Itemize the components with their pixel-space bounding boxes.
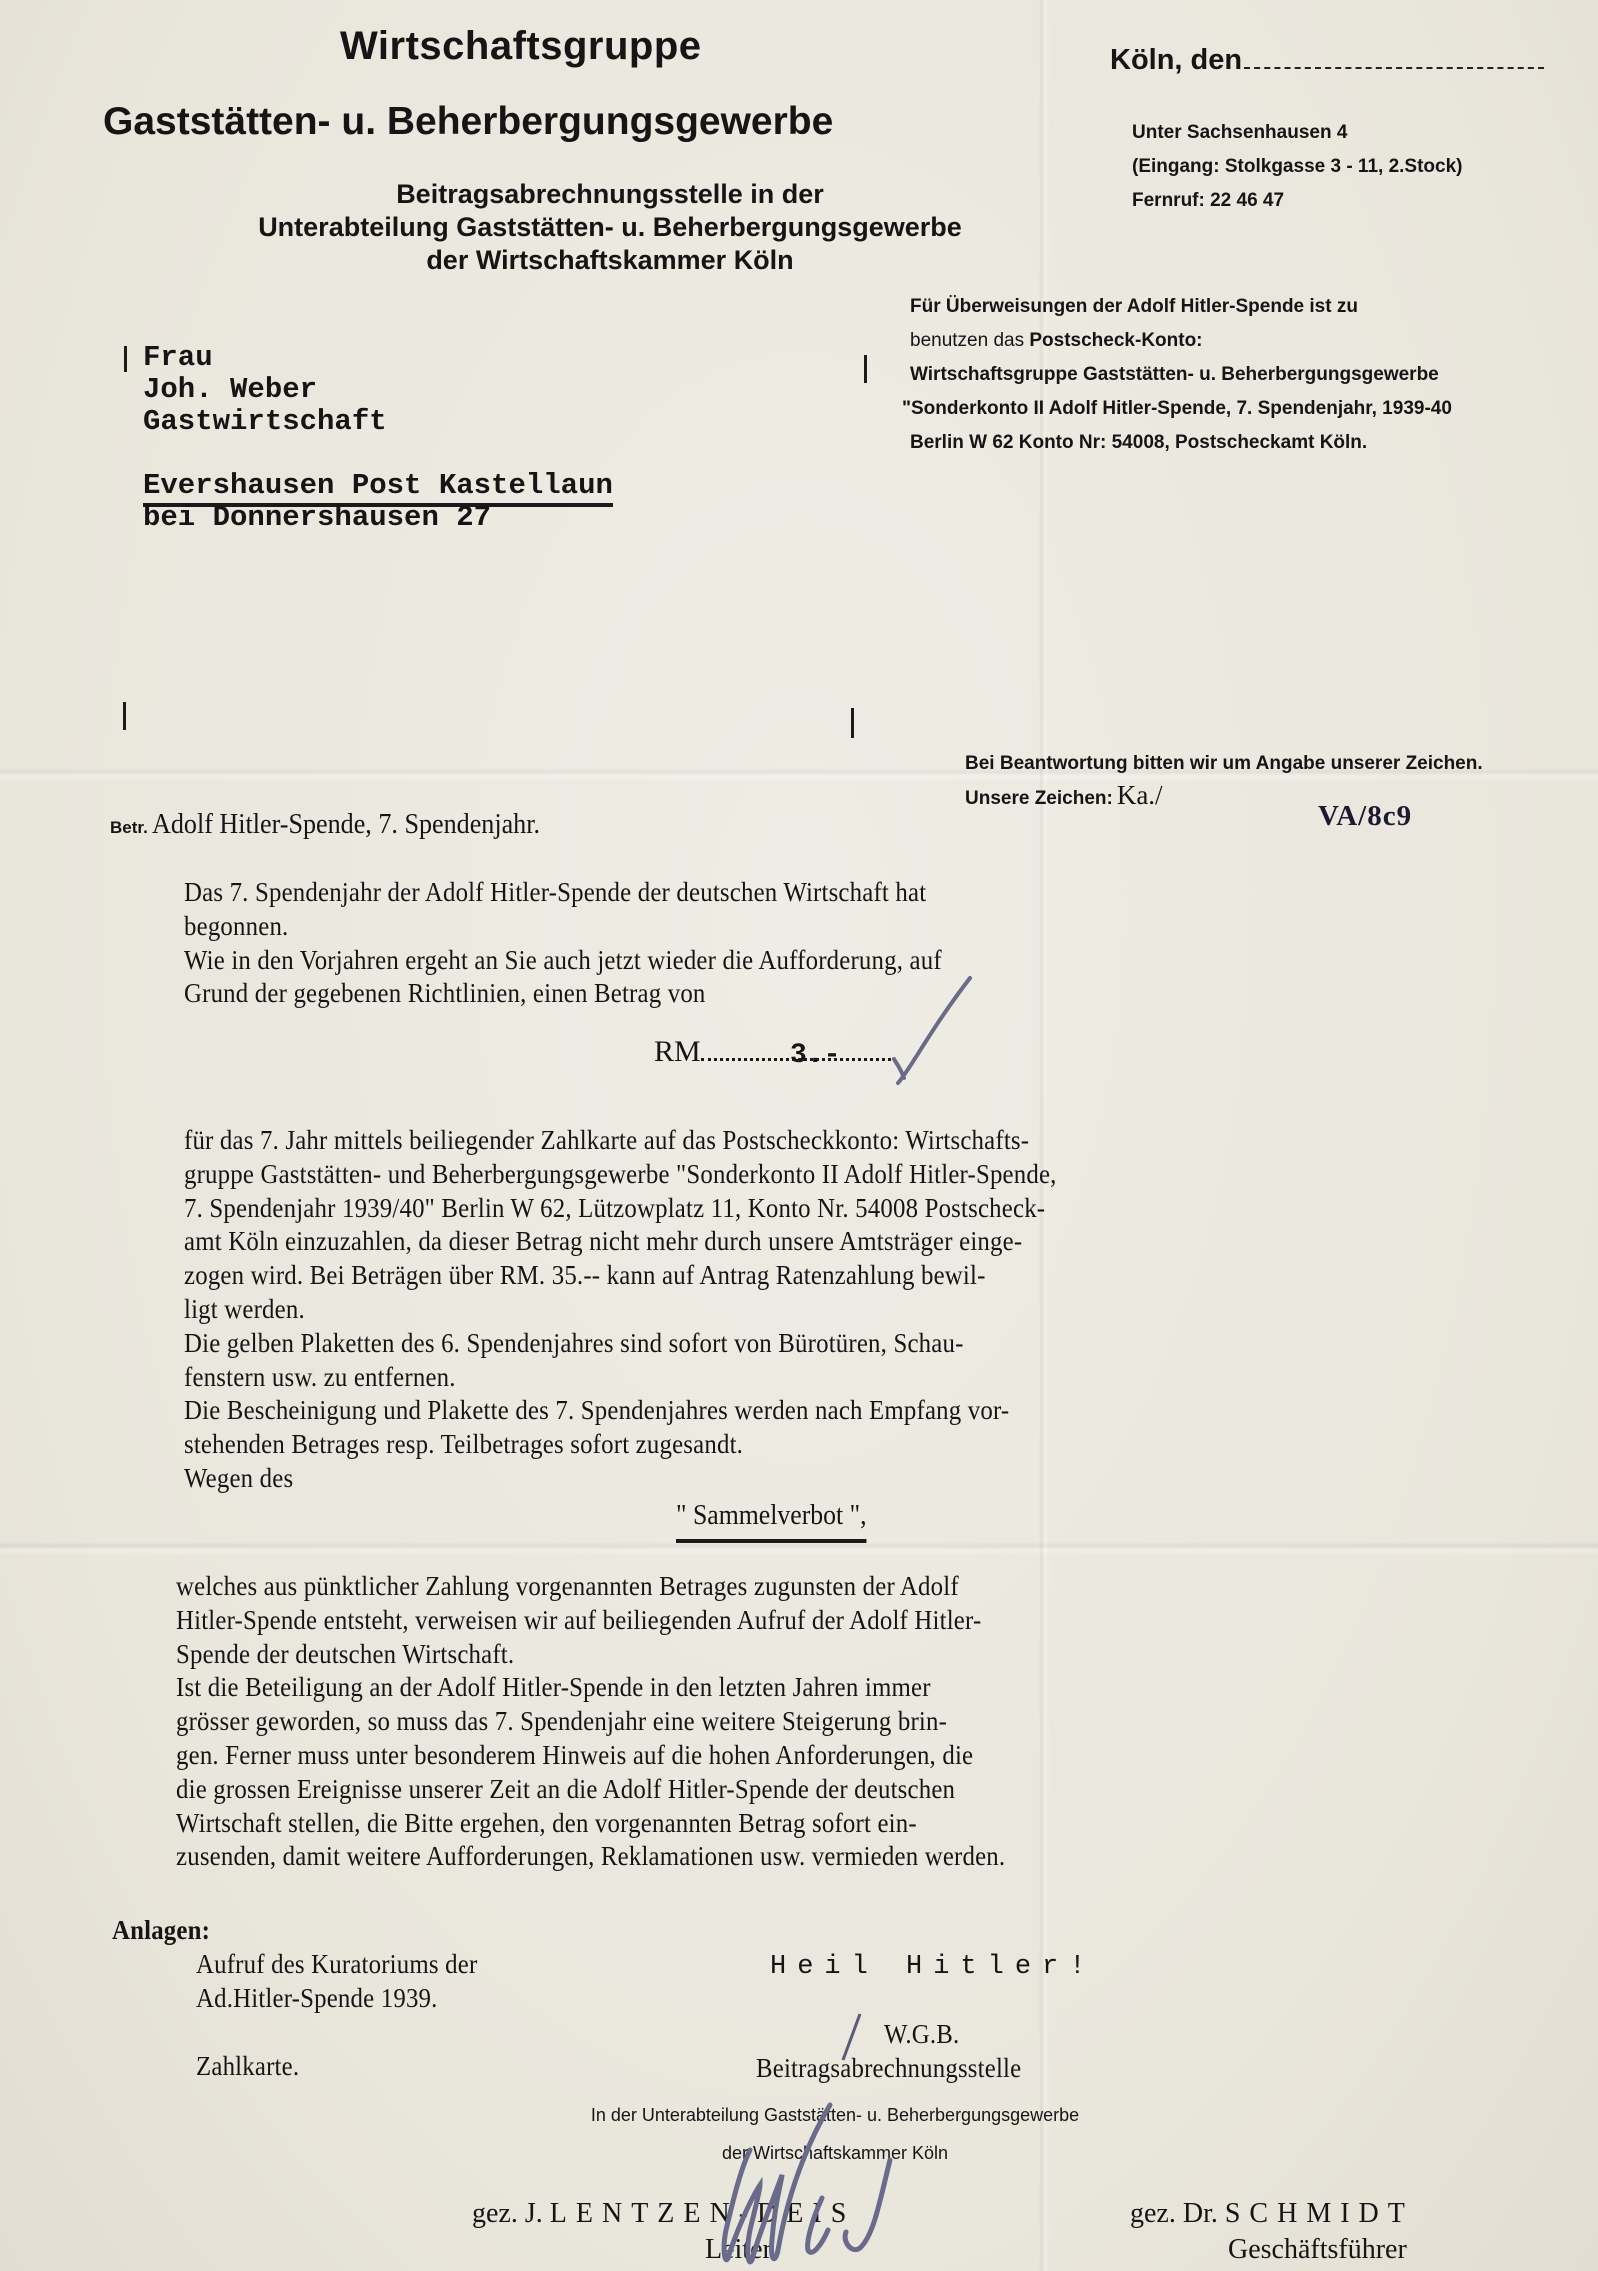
signer-1-prefix: gez. J. bbox=[472, 2198, 543, 2229]
enclosure-item-2: Zahlkarte. bbox=[196, 2050, 299, 2084]
body-line: Das 7. Spendenjahr der Adolf Hitler-Spen… bbox=[184, 876, 942, 910]
body-line: für das 7. Jahr mittels beiliegender Zah… bbox=[184, 1124, 1057, 1158]
amount-currency: RM bbox=[654, 1035, 701, 1068]
letterhead-sub-line2: Unterabteilung Gaststätten- u. Beherberg… bbox=[180, 211, 1040, 244]
address-window-mark bbox=[123, 702, 126, 730]
transfer-line5: Berlin W 62 Konto Nr: 54008, Postschecka… bbox=[910, 426, 1452, 460]
body-line: grösser geworden, so muss das 7. Spenden… bbox=[176, 1705, 1005, 1739]
recipient-name: Joh. Weber bbox=[143, 374, 613, 406]
file-number: VA/8c9 bbox=[1318, 800, 1412, 833]
body-line: ligt werden. bbox=[184, 1293, 1057, 1327]
body-line: gruppe Gaststätten- und Beherbergungsgew… bbox=[184, 1158, 1057, 1192]
body-line: zusenden, damit weitere Aufforderungen, … bbox=[176, 1840, 1005, 1874]
body-line: 7. Spendenjahr 1939/40" Berlin W 62, Lüt… bbox=[184, 1192, 1057, 1226]
body-line: Die Bescheinigung und Plakette des 7. Sp… bbox=[184, 1394, 1057, 1428]
body-line: zogen wird. Bei Beträgen über RM. 35.-- … bbox=[184, 1259, 1057, 1293]
body-line: amt Köln einzuzahlen, da dieser Betrag n… bbox=[184, 1225, 1057, 1259]
signer-2: gez. Dr. SCHMIDT bbox=[1130, 2198, 1414, 2230]
letterhead-org-line1: Wirtschaftsgruppe bbox=[340, 24, 702, 69]
amount-value: 3.- bbox=[790, 1040, 840, 1071]
our-ref-value: Ka./ bbox=[1117, 780, 1163, 811]
transfer-line4: "Sonderkonto II Adolf Hitler-Spende, 7. … bbox=[902, 392, 1452, 426]
subject-line: Betr. Adolf Hitler-Spende, 7. Spendenjah… bbox=[110, 808, 583, 841]
body-line: Spende der deutschen Wirtschaft. bbox=[176, 1638, 1005, 1672]
body-line: Wegen des bbox=[184, 1462, 1057, 1496]
body-line: Die gelben Plaketten des 6. Spendenjahre… bbox=[184, 1327, 1057, 1361]
enclosure-item-1-line1: Aufruf des Kuratoriums der bbox=[196, 1948, 477, 1982]
body-line: begonnen. bbox=[184, 910, 942, 944]
closing-greeting: Heil Hitler! bbox=[770, 1952, 1096, 1982]
date-field: Köln, den bbox=[1110, 44, 1544, 77]
body-line: Grund der gegebenen Richtlinien, einen B… bbox=[184, 977, 942, 1011]
enclosure-item-1: Aufruf des Kuratoriums der Ad.Hitler-Spe… bbox=[196, 1948, 477, 2016]
transfer-line2-bold: Postscheck-Konto: bbox=[1029, 330, 1202, 351]
subject-text: Adolf Hitler-Spende, 7. Spendenjahr. bbox=[152, 808, 540, 841]
body-line: Hitler-Spende entsteht, verweisen wir au… bbox=[176, 1604, 1005, 1638]
address-window-mark bbox=[124, 346, 127, 372]
recipient-block: Frau Joh. Weber Gastwirtschaft Evershaus… bbox=[143, 342, 613, 534]
emphasis-text: " Sammelverbot ", bbox=[676, 1500, 867, 1543]
letterhead-subtitle: Beitragsabrechnungsstelle in der Unterab… bbox=[180, 178, 1040, 277]
enclosure-item-1-line2: Ad.Hitler-Spende 1939. bbox=[196, 1982, 477, 2016]
enclosures-label: Anlagen: bbox=[112, 1914, 210, 1948]
our-ref-label: Unsere Zeichen: bbox=[965, 788, 1113, 809]
body-line: welches aus pünktlicher Zahlung vorgenan… bbox=[176, 1570, 1005, 1604]
recipient-business: Gastwirtschaft bbox=[143, 406, 613, 438]
subject-label: Betr. bbox=[110, 818, 148, 837]
address-window-mark bbox=[851, 708, 854, 738]
signer-2-title: Geschäftsführer bbox=[1228, 2234, 1407, 2266]
office-phone: Fernruf: 22 46 47 bbox=[1132, 184, 1463, 218]
fold-mark bbox=[864, 355, 867, 383]
body-line: stehenden Betrages resp. Teilbetrages so… bbox=[184, 1428, 1057, 1462]
closing-org-abbr: W.G.B. bbox=[884, 2018, 959, 2052]
amount-field: RM bbox=[654, 1032, 891, 1069]
office-entrance: (Eingang: Stolkgasse 3 - 11, 2.Stock) bbox=[1132, 150, 1463, 184]
transfer-line2: benutzen das Postscheck-Konto: bbox=[910, 324, 1452, 358]
transfer-line2-prefix: benutzen das bbox=[910, 330, 1024, 351]
letterhead-sub-line3: der Wirtschaftskammer Köln bbox=[180, 244, 1040, 277]
letterhead-sub-line1: Beitragsabrechnungsstelle in der bbox=[180, 178, 1040, 211]
transfer-notice: Für Überweisungen der Adolf Hitler-Spend… bbox=[910, 290, 1452, 460]
date-value-line[interactable] bbox=[1244, 47, 1544, 69]
body-paragraph-2: für das 7. Jahr mittels beiliegender Zah… bbox=[184, 1124, 1057, 1496]
transfer-line1: Für Überweisungen der Adolf Hitler-Spend… bbox=[910, 290, 1452, 324]
emphasis-sammelverbot: " Sammelverbot ", bbox=[676, 1500, 867, 1532]
office-street: Unter Sachsenhausen 4 bbox=[1132, 116, 1463, 150]
transfer-line3: Wirtschaftsgruppe Gaststätten- u. Beherb… bbox=[910, 358, 1452, 392]
date-label: Köln, den bbox=[1110, 44, 1242, 76]
recipient-salutation: Frau bbox=[143, 342, 613, 374]
body-paragraph-3: welches aus pünktlicher Zahlung vorgenan… bbox=[176, 1570, 1005, 1874]
our-reference: Unsere Zeichen: Ka./ bbox=[965, 780, 1163, 811]
pencil-checkmark-icon bbox=[880, 975, 990, 1110]
signer-2-name: SCHMIDT bbox=[1225, 2198, 1414, 2229]
handwritten-signature-icon bbox=[560, 2010, 860, 2270]
body-line: Wie in den Vorjahren ergeht an Sie auch … bbox=[184, 944, 942, 978]
body-line: die grossen Ereignisse unserer Zeit an d… bbox=[176, 1773, 1005, 1807]
office-address: Unter Sachsenhausen 4 (Eingang: Stolkgas… bbox=[1132, 116, 1463, 218]
body-line: gen. Ferner muss unter besonderem Hinwei… bbox=[176, 1739, 1005, 1773]
body-line: Wirtschaft stellen, die Bitte ergehen, d… bbox=[176, 1807, 1005, 1841]
body-line: Ist die Beteiligung an der Adolf Hitler-… bbox=[176, 1671, 1005, 1705]
signer-2-prefix: gez. Dr. bbox=[1130, 2198, 1218, 2229]
body-paragraph-1: Das 7. Spendenjahr der Adolf Hitler-Spen… bbox=[184, 876, 942, 1011]
reply-note: Bei Beantwortung bitten wir um Angabe un… bbox=[965, 753, 1483, 775]
letterhead-org-line2: Gaststätten- u. Beherbergungsgewerbe bbox=[103, 100, 833, 144]
body-line: fenstern usw. zu entfernen. bbox=[184, 1361, 1057, 1395]
